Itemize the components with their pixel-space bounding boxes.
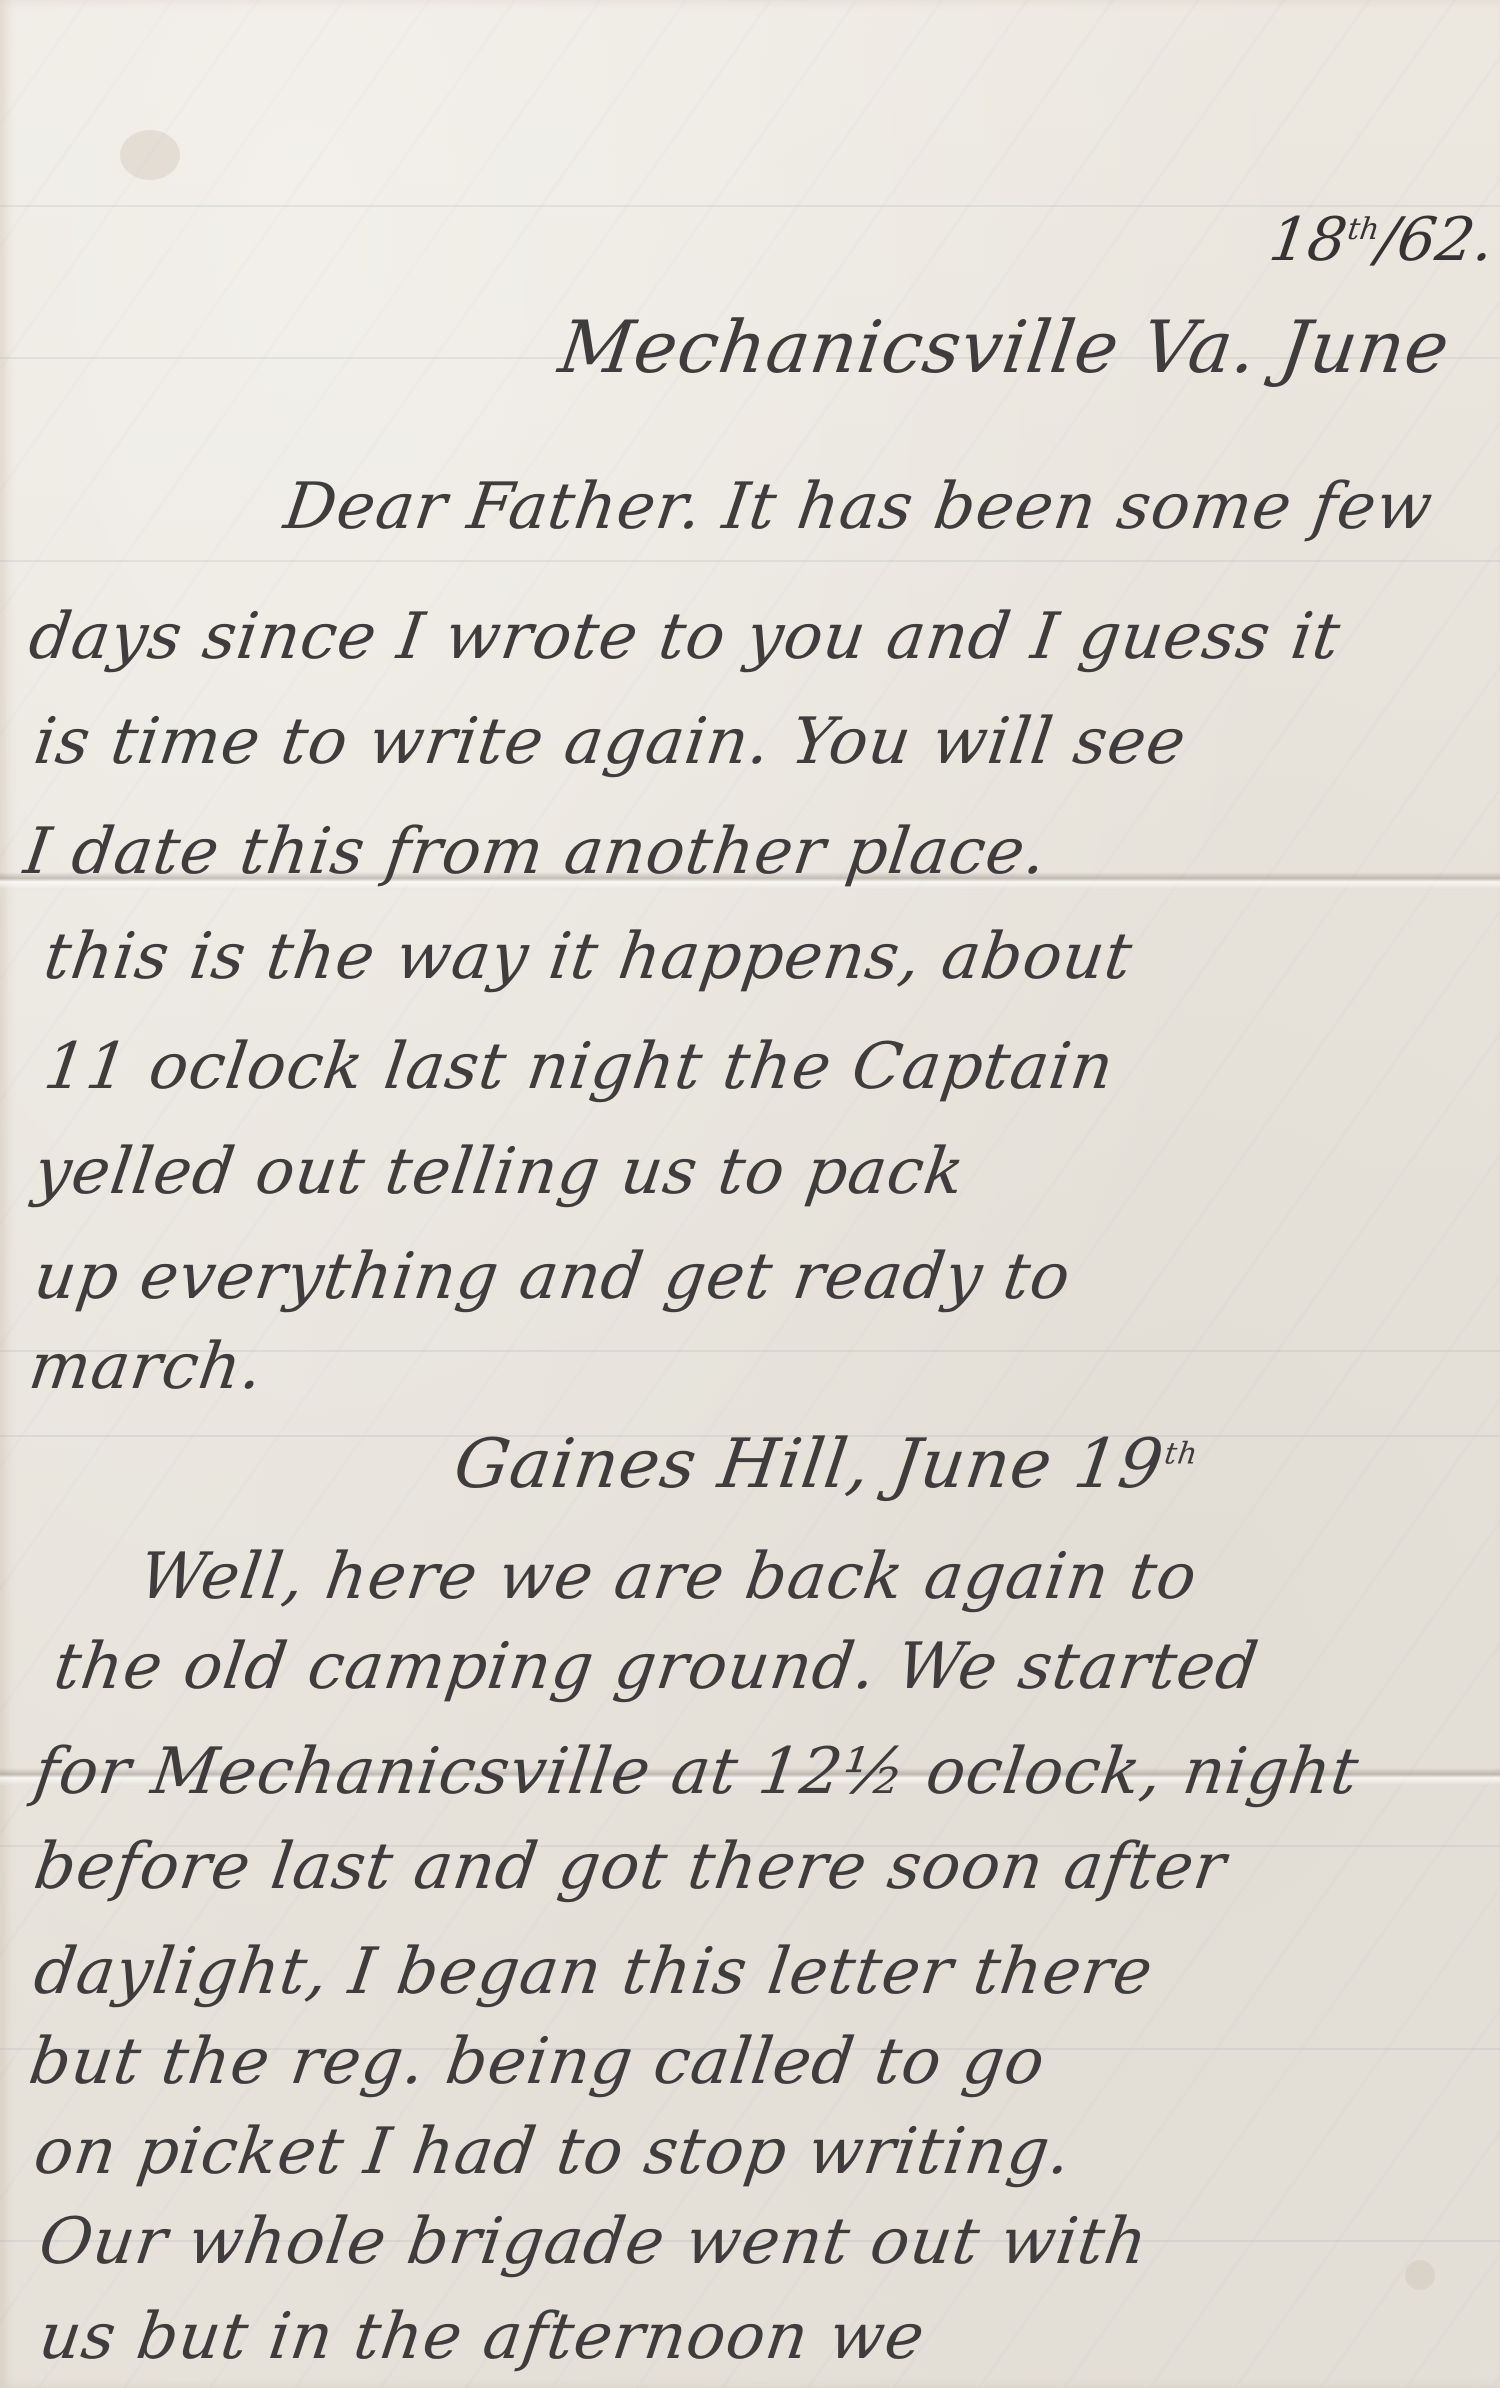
body-line: us but in the afternoon we — [35, 2300, 930, 2374]
date-day-number: 18 — [1265, 205, 1351, 275]
body-line: is time to write again. You will see — [30, 705, 1191, 779]
paper-stain — [1405, 2260, 1435, 2290]
paper-stain — [120, 130, 180, 180]
body-line: Our whole brigade went out with — [35, 2205, 1153, 2279]
body-line: this is the way it happens, about — [40, 920, 1137, 994]
second-date-header: Gaines Hill, June 19th — [449, 1425, 1202, 1504]
date-day-suffix: th — [1345, 212, 1381, 247]
ruled-line — [0, 560, 1500, 562]
body-line: before last and got there soon after — [30, 1830, 1231, 1904]
body-line: I date this from another place. — [20, 815, 1052, 889]
body-line: 11 oclock last night the Captain — [40, 1030, 1119, 1104]
date-day: 18th/62. — [1265, 205, 1498, 275]
body-line: yelled out telling us to pack — [30, 1135, 970, 1209]
body-line: march. — [25, 1330, 268, 1404]
place-header: Mechanicsville Va. June — [554, 305, 1455, 389]
second-date-text: Gaines Hill, June 19 — [449, 1425, 1168, 1504]
second-date-suffix: th — [1162, 1436, 1200, 1471]
body-line: up everything and get ready to — [30, 1240, 1075, 1314]
body-line: the old camping ground. We started — [50, 1630, 1263, 1704]
letter-page: 18th/62. Mechanicsville Va. June Dear Fa… — [0, 0, 1500, 2388]
body-line: Dear Father. It has been some few — [280, 470, 1438, 544]
body-line: for Mechanicsville at 12½ oclock, night — [30, 1735, 1364, 1809]
body-line: but the reg. being called to go — [25, 2025, 1050, 2099]
body-line: on picket I had to stop writing. — [30, 2115, 1076, 2189]
body-line: Well, here we are back again to — [135, 1540, 1202, 1614]
body-line: daylight, I began this letter there — [30, 1935, 1158, 2009]
date-year: /62. — [1373, 205, 1498, 275]
body-line: days since I wrote to you and I guess it — [25, 600, 1345, 674]
